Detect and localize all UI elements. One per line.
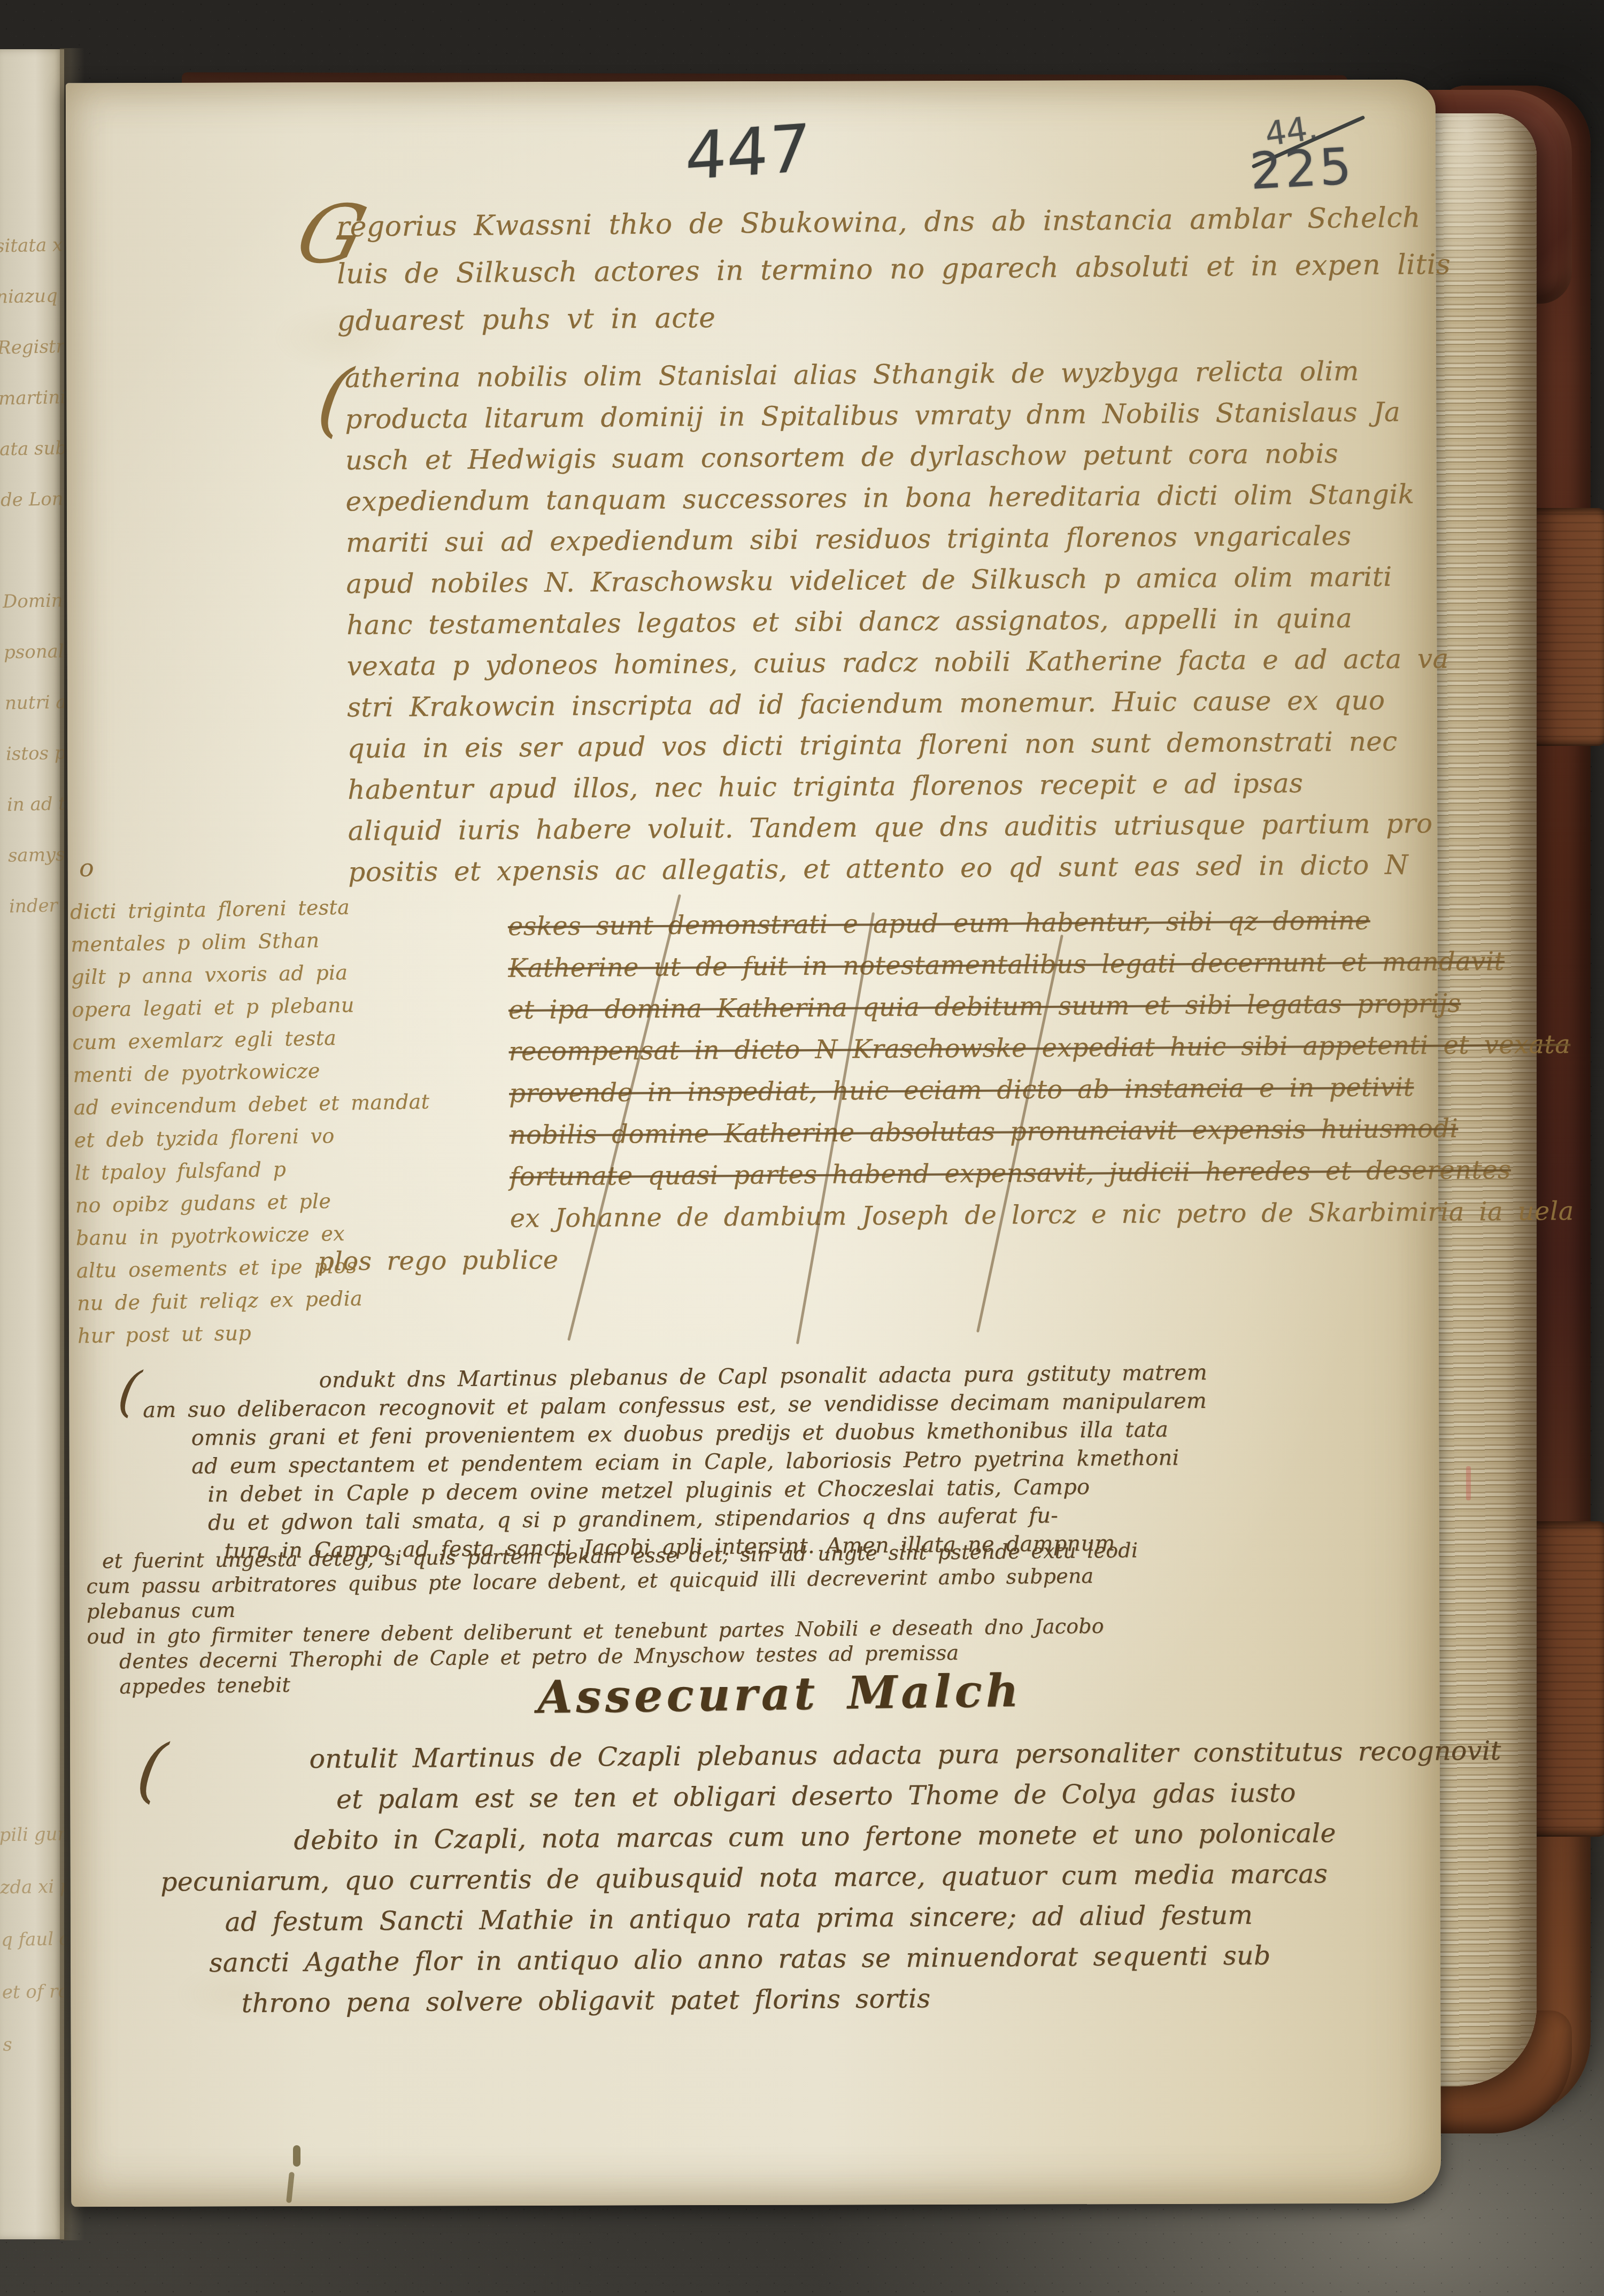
entry3-text: ondukt dns Martinus plebanus de Capl pso…: [142, 1357, 1416, 1567]
previous-page-edge: sitata xrogumniazuq moventRegistra di ps…: [0, 49, 64, 2239]
manuscript-line: s: [3, 2017, 64, 2071]
manuscript-line: q faul dizza: [1, 1913, 64, 1967]
manuscript-line: quia in eis ser apud vos dicti triginta …: [347, 721, 1432, 769]
manuscript-line: vexata p ydoneos homines, cuius radcz no…: [346, 638, 1432, 687]
manuscript-line: ata sub renfur: [0, 422, 64, 475]
manuscript-line: producta litarum dominij in Spitalibus v…: [345, 391, 1430, 440]
manuscript-line: usch et Hedwigis suam consortem de dyrla…: [345, 433, 1431, 481]
manuscript-line: inder de Shy: [9, 880, 64, 932]
manuscript-line: martini puna: [0, 372, 64, 425]
entry-heading: Assecurat Malch: [537, 1664, 1022, 1724]
manuscript-line: ontulit Martinus de Czapli plebanus adac…: [309, 1731, 1410, 1779]
entry1-text: regorius Kwassni thko de Sbukowina, dns …: [336, 194, 1423, 345]
manuscript-line: habentur apud illos, nec huic triginta f…: [348, 762, 1433, 811]
red-edge-mark: [1466, 1466, 1471, 1500]
manuscript-line: apud nobiles N. Kraschowsku videlicet de…: [346, 556, 1431, 605]
entry4-text: ontulit Martinus de Czapli plebanus adac…: [159, 1731, 1413, 2024]
manuscript-line: et palam est se ten et obligari deserto …: [336, 1772, 1411, 1820]
manuscript-line: in ad tauch: [6, 778, 64, 830]
manuscript-line: provende in inspediat, huic eciam dicto …: [509, 1066, 1418, 1114]
manuscript-line: expediendum tanquam successores in bona …: [345, 474, 1431, 522]
manuscript-line: throno pena solvere obligavit patet flor…: [241, 1975, 1412, 2024]
manuscript-line: gduarest puhs vt in acte: [337, 288, 1423, 345]
manuscript-line: sancti Agathe flor in antiquo alio anno …: [209, 1935, 1412, 1984]
manuscript-line: hanc testamentales legatos et sibi dancz…: [346, 597, 1432, 646]
manuscript-line: et ipa domina Katherina quia debitum suu…: [508, 983, 1418, 1031]
manuscript-line: debito in Czapli, nota marcas cum uno fe…: [294, 1813, 1411, 1861]
manuscript-line: et of ro: [2, 1965, 64, 2019]
manuscript-line: istos psorhear: [5, 727, 64, 780]
manuscript-line: Katherine ut de fuit in notestamentalibu…: [508, 941, 1417, 989]
folio-number-corner: 225: [1248, 137, 1355, 201]
manuscript-line: niazuq movent: [0, 271, 64, 323]
manuscript-line: fortunate quasi partes habend expensavit…: [510, 1150, 1419, 1198]
manuscript-line: eskes sunt demonstrati e apud eum habent…: [508, 899, 1417, 947]
manuscript-line: de Longow zeg: [0, 473, 64, 526]
manuscript-line: nobilis domine Katherine absolutas pronu…: [509, 1108, 1418, 1156]
manuscript-line: aliquid iuris habere voluit. Tandem que …: [348, 803, 1433, 852]
manuscript-photo: sitata xrogumniazuq moventRegistra di ps…: [0, 0, 1604, 2296]
manuscript-line: positis et xpensis ac allegatis, et atte…: [348, 844, 1433, 893]
previous-page-text-fragments-lower: pili gunezda xi psoq faul dizzaet of ros: [0, 1808, 64, 2071]
manuscript-line: zda xi pso: [0, 1860, 64, 1914]
manuscript-line: pili gune: [0, 1808, 64, 1862]
manuscript-line: plos rego publice: [318, 1233, 1419, 1282]
manuscript-line: stri Krakowcin inscripta ad id faciendum…: [347, 680, 1432, 728]
previous-page-text-fragments: sitata xrogumniazuq moventRegistra di ps…: [0, 220, 64, 933]
manuscript-line: Dominus Shro: [2, 575, 64, 627]
entry2-cancelled-text: eskes sunt demonstrati e apud eum habent…: [508, 899, 1420, 1281]
folio-number-pencil: 447: [684, 110, 811, 195]
manuscript-line: atherina nobilis olim Stanislai alias St…: [345, 350, 1430, 399]
manuscript-line: sitata xrogum: [0, 220, 64, 272]
manuscript-line: [1, 524, 64, 576]
manuscript-line: nutri amirax: [4, 676, 64, 729]
margin-note-text: dicti triginta floreni testamentales p o…: [70, 888, 538, 1353]
manuscript-line: samyska Shro: [7, 829, 64, 881]
manuscript-line: Registra di ps: [0, 321, 64, 374]
manuscript-line: ex Johanne de dambium Joseph de lorcz e …: [510, 1191, 1419, 1239]
margin-mark: o: [79, 853, 94, 882]
entry2-text: atherina nobilis olim Stanislai alias St…: [345, 350, 1434, 893]
manuscript-line: mariti sui ad expediendum sibi residuos …: [346, 515, 1431, 564]
ink-drip-stain: [293, 2145, 300, 2167]
manuscript-line: luis de Silkusch actores in termino no g…: [337, 241, 1423, 298]
manuscript-line: psonaliter gn: [3, 626, 64, 678]
